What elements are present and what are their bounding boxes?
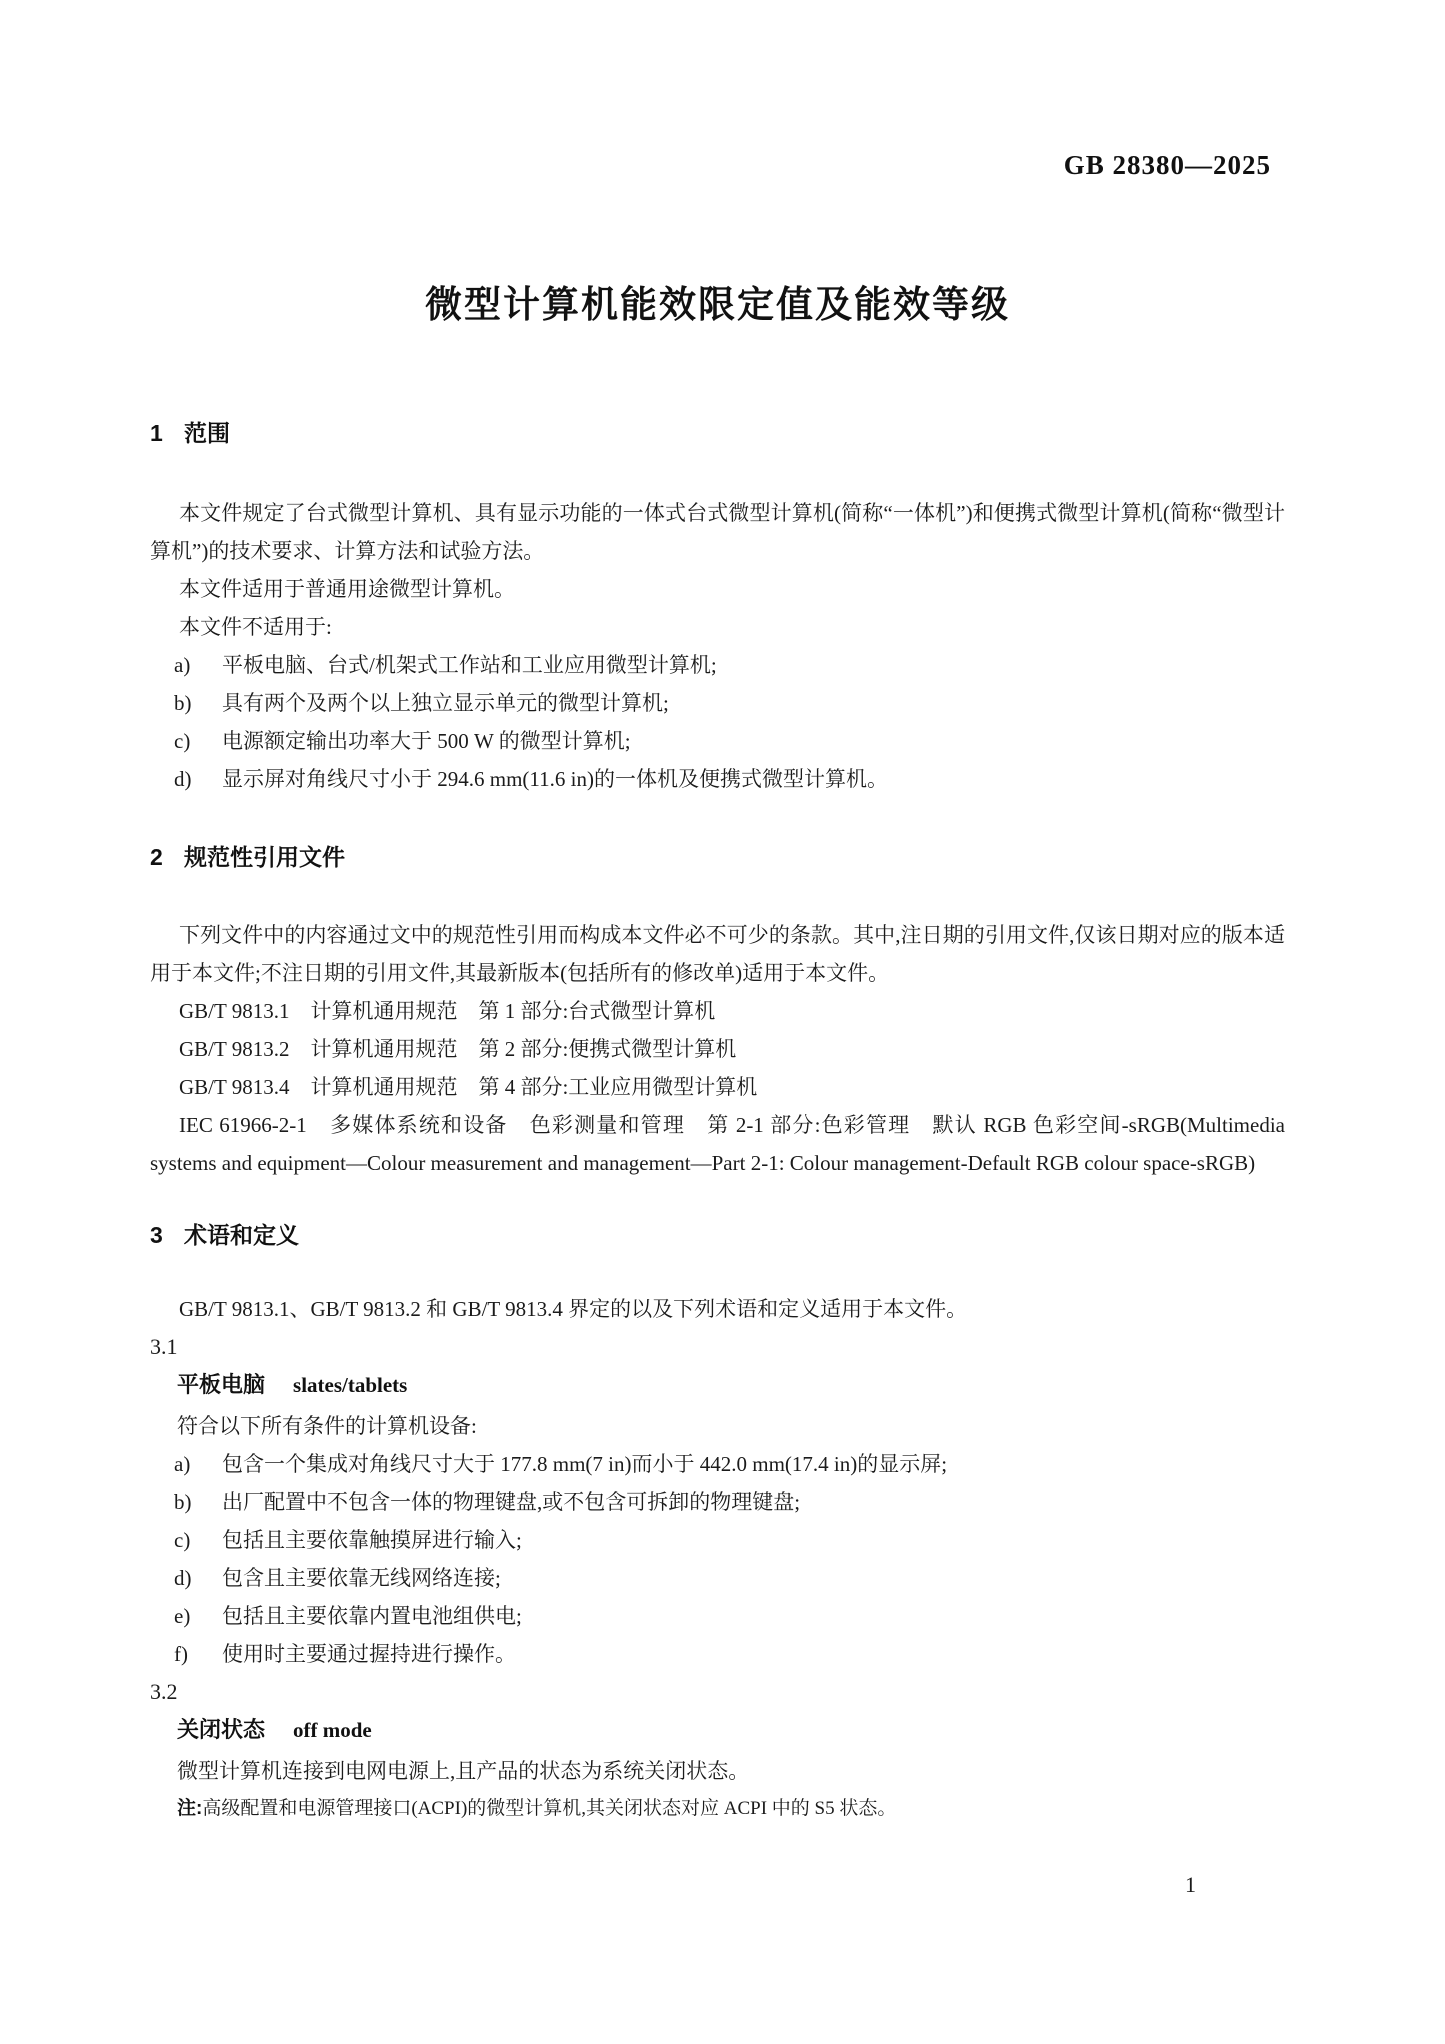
list-text: 包括且主要依靠内置电池组供电;: [222, 1604, 522, 1628]
section-2-number: 2: [150, 844, 184, 870]
terms-intro-paragraph: GB/T 9813.1、GB/T 9813.2 和 GB/T 9813.4 界定…: [150, 1290, 1285, 1328]
list-text: 显示屏对角线尺寸小于 294.6 mm(11.6 in)的一体机及便携式微型计算…: [222, 767, 888, 791]
list-label: e): [174, 1597, 222, 1635]
term-en: slates/tablets: [293, 1373, 407, 1397]
tablet-condition-a: a)包含一个集成对角线尺寸大于 177.8 mm(7 in)而小于 442.0 …: [174, 1445, 1285, 1483]
section-1-title: 范围: [184, 420, 230, 446]
scope-exclusion-item-b: b)具有两个及两个以上独立显示单元的微型计算机;: [174, 684, 1285, 722]
off-mode-definition: 微型计算机连接到电网电源上,且产品的状态为系统关闭状态。: [177, 1752, 1285, 1790]
list-text: 包括且主要依靠触摸屏进行输入;: [222, 1528, 522, 1552]
list-text: 平板电脑、台式/机架式工作站和工业应用微型计算机;: [222, 653, 717, 677]
term-zh: 关闭状态: [177, 1717, 265, 1742]
term-zh: 平板电脑: [177, 1372, 265, 1397]
term-en: off mode: [293, 1718, 372, 1742]
document-title: 微型计算机能效限定值及能效等级: [150, 282, 1285, 328]
note-label: 注:: [177, 1798, 202, 1819]
section-3-number: 3: [150, 1222, 184, 1248]
list-label: f): [174, 1635, 222, 1673]
list-label: a): [174, 1445, 222, 1483]
reference-gbt-9813-1: GB/T 9813.1 计算机通用规范 第 1 部分:台式微型计算机: [150, 992, 1285, 1030]
page-number: 1: [1185, 1872, 1196, 1898]
scope-exclusion-item-c: c)电源额定输出功率大于 500 W 的微型计算机;: [174, 722, 1285, 760]
reference-gbt-9813-2: GB/T 9813.2 计算机通用规范 第 2 部分:便携式微型计算机: [150, 1030, 1285, 1068]
tablet-condition-b: b)出厂配置中不包含一体的物理键盘,或不包含可拆卸的物理键盘;: [174, 1483, 1285, 1521]
list-text: 使用时主要通过握持进行操作。: [222, 1642, 516, 1666]
section-2-heading: 2规范性引用文件: [150, 844, 1285, 870]
tablet-condition-d: d)包含且主要依靠无线网络连接;: [174, 1559, 1285, 1597]
term-slates-tablets: 平板电脑slates/tablets: [177, 1366, 1285, 1407]
list-label: a): [174, 646, 222, 684]
list-text: 出厂配置中不包含一体的物理键盘,或不包含可拆卸的物理键盘;: [222, 1490, 800, 1514]
list-text: 包含一个集成对角线尺寸大于 177.8 mm(7 in)而小于 442.0 mm…: [222, 1452, 947, 1476]
list-label: d): [174, 1559, 222, 1597]
list-label: c): [174, 1521, 222, 1559]
tablet-condition-c: c)包括且主要依靠触摸屏进行输入;: [174, 1521, 1285, 1559]
list-label: c): [174, 722, 222, 760]
section-1-number: 1: [150, 420, 184, 446]
scope-paragraph-2: 本文件适用于普通用途微型计算机。: [150, 570, 1285, 608]
reference-iec-61966-2-1: IEC 61966-2-1 多媒体系统和设备 色彩测量和管理 第 2-1 部分:…: [150, 1106, 1285, 1182]
scope-paragraph-3: 本文件不适用于:: [150, 608, 1285, 646]
section-2-title: 规范性引用文件: [184, 844, 345, 870]
section-1-heading: 1范围: [150, 420, 1285, 446]
tablet-condition-e: e)包括且主要依靠内置电池组供电;: [174, 1597, 1285, 1635]
term-off-mode: 关闭状态off mode: [177, 1711, 1285, 1752]
clause-3-2-number: 3.2: [150, 1673, 1285, 1711]
standard-code: GB 28380—2025: [150, 150, 1285, 180]
clause-3-1-number: 3.1: [150, 1328, 1285, 1366]
list-text: 包含且主要依靠无线网络连接;: [222, 1566, 501, 1590]
note-text: 高级配置和电源管理接口(ACPI)的微型计算机,其关闭状态对应 ACPI 中的 …: [202, 1798, 896, 1819]
list-label: b): [174, 684, 222, 722]
normative-references-paragraph: 下列文件中的内容通过文中的规范性引用而构成本文件必不可少的条款。其中,注日期的引…: [150, 916, 1285, 992]
tablet-condition-f: f)使用时主要通过握持进行操作。: [174, 1635, 1285, 1673]
list-label: d): [174, 760, 222, 798]
term-definition-intro: 符合以下所有条件的计算机设备:: [177, 1407, 1285, 1445]
scope-exclusion-item-a: a)平板电脑、台式/机架式工作站和工业应用微型计算机;: [174, 646, 1285, 684]
list-text: 电源额定输出功率大于 500 W 的微型计算机;: [222, 729, 631, 753]
section-3-title: 术语和定义: [184, 1222, 299, 1248]
scope-exclusion-item-d: d)显示屏对角线尺寸小于 294.6 mm(11.6 in)的一体机及便携式微型…: [174, 760, 1285, 798]
scope-paragraph-1: 本文件规定了台式微型计算机、具有显示功能的一体式台式微型计算机(简称“一体机”)…: [150, 494, 1285, 570]
off-mode-note: 注:高级配置和电源管理接口(ACPI)的微型计算机,其关闭状态对应 ACPI 中…: [177, 1794, 1285, 1824]
reference-gbt-9813-4: GB/T 9813.4 计算机通用规范 第 4 部分:工业应用微型计算机: [150, 1068, 1285, 1106]
list-text: 具有两个及两个以上独立显示单元的微型计算机;: [222, 691, 669, 715]
document-page: GB 28380—2025 微型计算机能效限定值及能效等级 1范围 本文件规定了…: [0, 0, 1445, 2044]
section-3-heading: 3术语和定义: [150, 1222, 1285, 1248]
list-label: b): [174, 1483, 222, 1521]
